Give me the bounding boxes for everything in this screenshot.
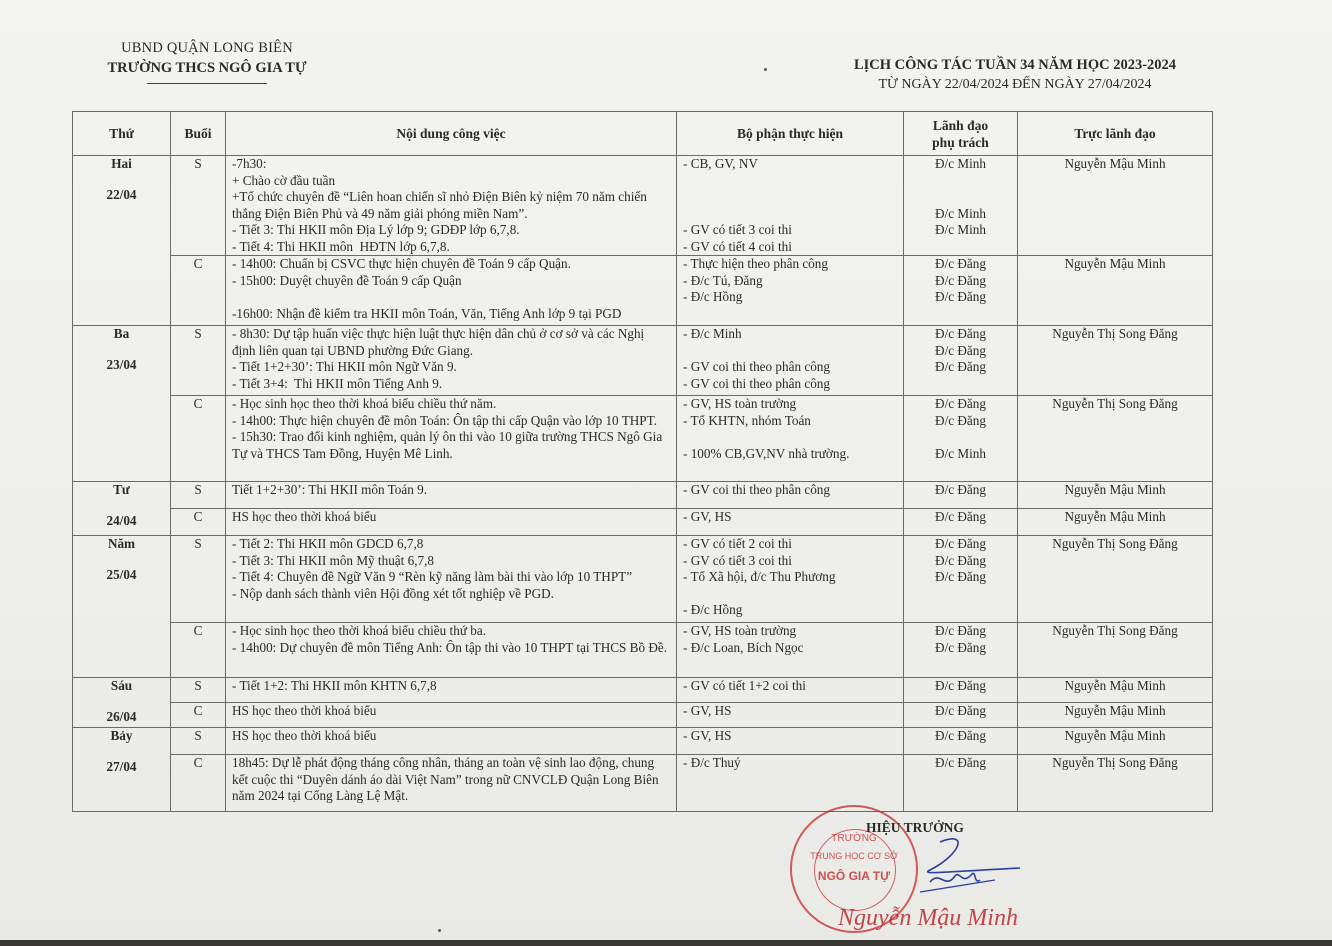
session-cell: C: [171, 755, 226, 812]
department-line: - Đ/c Tú, Đăng: [683, 273, 897, 290]
duty-leader-cell: Nguyễn Mậu Minh: [1018, 256, 1213, 326]
content-cell: 18h45: Dự lễ phát động tháng công nhân, …: [226, 755, 677, 812]
handwritten-signature-icon: [900, 830, 1030, 900]
department-line: - GV coi thi theo phân công: [683, 359, 897, 376]
day-cell: Tư24/04: [73, 482, 171, 536]
department-line: - Đ/c Hồng: [683, 602, 897, 619]
department-line: [683, 343, 897, 360]
day-name: Bảy: [79, 728, 164, 745]
content-line: - Học sinh học theo thời khoá biểu chiều…: [232, 396, 670, 413]
department-line: - CB, GV, NV: [683, 156, 897, 173]
table-row: Tư24/04STiết 1+2+30’: Thi HKII môn Toán …: [73, 482, 1213, 509]
document-page: UBND QUẬN LONG BIÊN TRƯỜNG THCS NGÔ GIA …: [0, 0, 1332, 946]
day-date: 26/04: [79, 709, 164, 726]
department-cell: - GV coi thi theo phân công: [677, 482, 904, 509]
content-line: - Tiết 3: Thi HKII môn Mỹ thuật 6,7,8: [232, 553, 670, 570]
lead-line: Đ/c Đăng: [910, 703, 1011, 720]
day-date: 22/04: [79, 187, 164, 204]
table-row: C- Học sinh học theo thời khoá biểu chiề…: [73, 623, 1213, 678]
department-line: - Đ/c Loan, Bích Ngọc: [683, 640, 897, 657]
table-header-row: Thứ Buổi Nội dung công việc Bộ phận thực…: [73, 112, 1213, 156]
content-line: - 15h00: Duyệt chuyên đề Toán 9 cấp Quận: [232, 273, 670, 290]
district-name: UBND QUẬN LONG BIÊN: [62, 40, 352, 57]
day-name: Năm: [79, 536, 164, 553]
table-row: Hai22/04S-7h30:+ Chào cờ đầu tuần+Tổ chứ…: [73, 156, 1213, 256]
lead-cell: Đ/c Đăng: [904, 509, 1018, 536]
lead-cell: Đ/c ĐăngĐ/c ĐăngĐ/c Minh: [904, 396, 1018, 482]
stamp-line-3: NGÔ GIA TỰ: [792, 869, 916, 883]
department-cell: - GV, HS: [677, 703, 904, 728]
table-row: Bảy27/04SHS học theo thời khoá biểu- GV,…: [73, 728, 1213, 755]
content-line: - 14h00: Dự chuyên đề môn Tiếng Anh: Ôn …: [232, 640, 670, 657]
content-line: - 14h00: Thực hiện chuyên đề môn Toán: Ô…: [232, 413, 670, 430]
department-cell: - GV có tiết 1+2 coi thi: [677, 678, 904, 703]
department-cell: - Đ/c Minh- GV coi thi theo phân công- G…: [677, 326, 904, 396]
table-row: C- 14h00: Chuẩn bị CSVC thực hiện chuyên…: [73, 256, 1213, 326]
content-cell: - Tiết 1+2: Thi HKII môn KHTN 6,7,8: [226, 678, 677, 703]
lead-cell: Đ/c ĐăngĐ/c ĐăngĐ/c Đăng: [904, 536, 1018, 623]
content-line: - Tiết 4: Chuyên đề Ngữ Văn 9 “Rèn kỹ nă…: [232, 569, 670, 586]
weekly-schedule-table: Thứ Buổi Nội dung công việc Bộ phận thực…: [72, 111, 1213, 812]
session-cell: C: [171, 256, 226, 326]
content-line: - Tiết 4: Thi HKII môn HĐTN lớp 6,7,8.: [232, 239, 670, 256]
content-line: Tiết 1+2+30’: Thi HKII môn Toán 9.: [232, 482, 670, 499]
session-cell: C: [171, 509, 226, 536]
content-cell: HS học theo thời khoá biểu: [226, 703, 677, 728]
department-cell: - GV, HS toàn trường- Tổ KHTN, nhóm Toán…: [677, 396, 904, 482]
content-cell: - Học sinh học theo thời khoá biểu chiều…: [226, 623, 677, 678]
department-line: - GV có tiết 4 coi thi: [683, 239, 897, 256]
col-header-session: Buổi: [171, 112, 226, 156]
department-line: - Tổ KHTN, nhóm Toán: [683, 413, 897, 430]
lead-cell: Đ/c Đăng: [904, 755, 1018, 812]
content-cell: HS học theo thời khoá biểu: [226, 509, 677, 536]
session-cell: C: [171, 623, 226, 678]
content-cell: - Tiết 2: Thi HKII môn GDCD 6,7,8- Tiết …: [226, 536, 677, 623]
day-name: Hai: [79, 156, 164, 173]
lead-line: Đ/c Đăng: [910, 343, 1011, 360]
lead-cell: Đ/c ĐăngĐ/c ĐăngĐ/c Đăng: [904, 326, 1018, 396]
lead-cell: Đ/c Đăng: [904, 482, 1018, 509]
content-cell: - Học sinh học theo thời khoá biểu chiều…: [226, 396, 677, 482]
department-cell: - GV có tiết 2 coi thi- GV có tiết 3 coi…: [677, 536, 904, 623]
lead-line: [910, 189, 1011, 206]
content-line: - Tiết 3: Thi HKII môn Địa Lý lớp 9; GDĐ…: [232, 222, 670, 239]
lead-line: Đ/c Đăng: [910, 509, 1011, 526]
lead-line: Đ/c Đăng: [910, 396, 1011, 413]
content-line: - Tiết 1+2: Thi HKII môn KHTN 6,7,8: [232, 678, 670, 695]
lead-line: Đ/c Đăng: [910, 289, 1011, 306]
day-cell: Sáu26/04: [73, 678, 171, 728]
lead-line: Đ/c Đăng: [910, 678, 1011, 695]
schedule-date-range: TỪ NGÀY 22/04/2024 ĐẾN NGÀY 27/04/2024: [820, 77, 1210, 93]
session-cell: S: [171, 326, 226, 396]
content-line: + Chào cờ đầu tuần: [232, 173, 670, 190]
day-cell: Bảy27/04: [73, 728, 171, 812]
department-line: - GV, HS: [683, 703, 897, 720]
department-cell: - CB, GV, NV- GV có tiết 3 coi thi- GV c…: [677, 156, 904, 256]
department-line: - GV, HS: [683, 509, 897, 526]
day-date: 23/04: [79, 357, 164, 374]
department-line: - Đ/c Minh: [683, 326, 897, 343]
scan-speck: [764, 68, 767, 71]
session-cell: S: [171, 482, 226, 509]
scan-speck: [438, 929, 441, 932]
content-line: - Tiết 3+4: Thi HKII môn Tiếng Anh 9.: [232, 376, 670, 393]
duty-leader-cell: Nguyễn Thị Song Đăng: [1018, 755, 1213, 812]
col-header-day: Thứ: [73, 112, 171, 156]
lead-cell: Đ/c ĐăngĐ/c Đăng: [904, 623, 1018, 678]
duty-leader-cell: Nguyễn Thị Song Đăng: [1018, 536, 1213, 623]
lead-line: Đ/c Đăng: [910, 755, 1011, 772]
day-name: Ba: [79, 326, 164, 343]
day-date: 27/04: [79, 759, 164, 776]
duty-leader-cell: Nguyễn Mậu Minh: [1018, 482, 1213, 509]
duty-leader-cell: Nguyễn Mậu Minh: [1018, 509, 1213, 536]
signer-name: Nguyễn Mậu Minh: [838, 905, 1018, 932]
department-line: [683, 429, 897, 446]
department-line: - GV có tiết 3 coi thi: [683, 222, 897, 239]
department-cell: - Thực hiện theo phân công- Đ/c Tú, Đăng…: [677, 256, 904, 326]
department-line: - GV có tiết 3 coi thi: [683, 553, 897, 570]
lead-line: Đ/c Đăng: [910, 413, 1011, 430]
schedule-title: LỊCH CÔNG TÁC TUẦN 34 NĂM HỌC 2023-2024: [820, 57, 1210, 74]
content-cell: -7h30:+ Chào cờ đầu tuần+Tổ chức chuyên …: [226, 156, 677, 256]
content-line: - 15h30: Trao đổi kinh nghiệm, quản lý ô…: [232, 429, 670, 462]
content-line: - 8h30: Dự tập huấn việc thực hiện luật …: [232, 326, 670, 359]
department-line: - Tổ Xã hội, đ/c Thu Phương: [683, 569, 897, 586]
content-line: - 14h00: Chuẩn bị CSVC thực hiện chuyên …: [232, 256, 670, 273]
content-line: - Học sinh học theo thời khoá biểu chiều…: [232, 623, 670, 640]
department-line: - Thực hiện theo phân công: [683, 256, 897, 273]
lead-cell: Đ/c Đăng: [904, 678, 1018, 703]
department-line: - GV có tiết 2 coi thi: [683, 536, 897, 553]
lead-line: Đ/c Đăng: [910, 623, 1011, 640]
duty-leader-cell: Nguyễn Mậu Minh: [1018, 678, 1213, 703]
department-line: - GV coi thi theo phân công: [683, 482, 897, 499]
table-row: C- Học sinh học theo thời khoá biểu chiề…: [73, 396, 1213, 482]
content-line: +Tổ chức chuyên đề “Liên hoan chiến sĩ n…: [232, 189, 670, 222]
session-cell: S: [171, 728, 226, 755]
table-row: Năm25/04S- Tiết 2: Thi HKII môn GDCD 6,7…: [73, 536, 1213, 623]
day-cell: Hai22/04: [73, 156, 171, 326]
department-cell: - GV, HS: [677, 728, 904, 755]
day-cell: Năm25/04: [73, 536, 171, 678]
department-line: [683, 586, 897, 603]
header-underline: [147, 83, 267, 84]
lead-line: [910, 173, 1011, 190]
department-cell: - GV, HS: [677, 509, 904, 536]
session-cell: S: [171, 536, 226, 623]
lead-line: Đ/c Đăng: [910, 359, 1011, 376]
content-line: 18h45: Dự lễ phát động tháng công nhân, …: [232, 755, 670, 805]
content-line: -16h00: Nhận đề kiểm tra HKII môn Toán, …: [232, 306, 670, 323]
session-cell: C: [171, 703, 226, 728]
schedule-title-block: LỊCH CÔNG TÁC TUẦN 34 NĂM HỌC 2023-2024 …: [820, 57, 1210, 93]
day-date: 24/04: [79, 513, 164, 530]
col-header-duty-leader: Trực lãnh đạo: [1018, 112, 1213, 156]
lead-line: Đ/c Đăng: [910, 569, 1011, 586]
department-cell: - Đ/c Thuý: [677, 755, 904, 812]
table-row: Sáu26/04S- Tiết 1+2: Thi HKII môn KHTN 6…: [73, 678, 1213, 703]
issuer-header: UBND QUẬN LONG BIÊN TRƯỜNG THCS NGÔ GIA …: [62, 40, 352, 84]
col-header-content: Nội dung công việc: [226, 112, 677, 156]
content-line: [232, 289, 670, 306]
department-cell: - GV, HS toàn trường- Đ/c Loan, Bích Ngọ…: [677, 623, 904, 678]
department-line: [683, 189, 897, 206]
lead-line: Đ/c Minh: [910, 156, 1011, 173]
lead-line: Đ/c Đăng: [910, 326, 1011, 343]
lead-line: Đ/c Đăng: [910, 273, 1011, 290]
session-cell: S: [171, 678, 226, 703]
department-line: - 100% CB,GV,NV nhà trường.: [683, 446, 897, 463]
content-cell: - 14h00: Chuẩn bị CSVC thực hiện chuyên …: [226, 256, 677, 326]
content-cell: Tiết 1+2+30’: Thi HKII môn Toán 9.: [226, 482, 677, 509]
day-name: Sáu: [79, 678, 164, 695]
lead-line: [910, 429, 1011, 446]
content-line: HS học theo thời khoá biểu: [232, 703, 670, 720]
lead-cell: Đ/c Đăng: [904, 728, 1018, 755]
lead-line: Đ/c Đăng: [910, 256, 1011, 273]
lead-cell: Đ/c MinhĐ/c MinhĐ/c Minh: [904, 156, 1018, 256]
duty-leader-cell: Nguyễn Mậu Minh: [1018, 728, 1213, 755]
day-name: Tư: [79, 482, 164, 499]
content-line: HS học theo thời khoá biểu: [232, 509, 670, 526]
duty-leader-cell: Nguyễn Mậu Minh: [1018, 703, 1213, 728]
day-cell: Ba23/04: [73, 326, 171, 482]
lead-cell: Đ/c ĐăngĐ/c ĐăngĐ/c Đăng: [904, 256, 1018, 326]
col-header-department: Bộ phận thực hiện: [677, 112, 904, 156]
duty-leader-cell: Nguyễn Thị Song Đăng: [1018, 623, 1213, 678]
content-line: - Nộp danh sách thành viên Hội đồng xét …: [232, 586, 670, 603]
lead-line: Đ/c Minh: [910, 222, 1011, 239]
lead-line: Đ/c Minh: [910, 446, 1011, 463]
lead-line: Đ/c Minh: [910, 206, 1011, 223]
school-name: TRƯỜNG THCS NGÔ GIA TỰ: [62, 60, 352, 77]
col-header-lead: Lãnh đạo phụ trách: [904, 112, 1018, 156]
department-line: [683, 173, 897, 190]
lead-line: Đ/c Đăng: [910, 728, 1011, 745]
table-row: Ba23/04S- 8h30: Dự tập huấn việc thực hi…: [73, 326, 1213, 396]
content-line: HS học theo thời khoá biểu: [232, 728, 670, 745]
department-line: - GV có tiết 1+2 coi thi: [683, 678, 897, 695]
content-cell: - 8h30: Dự tập huấn việc thực hiện luật …: [226, 326, 677, 396]
department-line: - GV, HS toàn trường: [683, 623, 897, 640]
department-line: [683, 206, 897, 223]
lead-cell: Đ/c Đăng: [904, 703, 1018, 728]
table-row: C18h45: Dự lễ phát động tháng công nhân,…: [73, 755, 1213, 812]
content-line: - Tiết 1+2+30’: Thi HKII môn Ngữ Văn 9.: [232, 359, 670, 376]
lead-line: Đ/c Đăng: [910, 482, 1011, 499]
content-line: - Tiết 2: Thi HKII môn GDCD 6,7,8: [232, 536, 670, 553]
table-row: CHS học theo thời khoá biểu- GV, HSĐ/c Đ…: [73, 703, 1213, 728]
department-line: - GV, HS: [683, 728, 897, 745]
duty-leader-cell: Nguyễn Thị Song Đăng: [1018, 396, 1213, 482]
department-line: - GV, HS toàn trường: [683, 396, 897, 413]
duty-leader-cell: Nguyễn Mậu Minh: [1018, 156, 1213, 256]
duty-leader-cell: Nguyễn Thị Song Đăng: [1018, 326, 1213, 396]
lead-line: Đ/c Đăng: [910, 536, 1011, 553]
session-cell: S: [171, 156, 226, 256]
department-line: - GV coi thi theo phân công: [683, 376, 897, 393]
stamp-line-2: TRUNG HỌC CƠ SỞ: [792, 851, 916, 861]
table-row: CHS học theo thời khoá biểu- GV, HSĐ/c Đ…: [73, 509, 1213, 536]
session-cell: C: [171, 396, 226, 482]
lead-line: Đ/c Đăng: [910, 640, 1011, 657]
lead-line: Đ/c Đăng: [910, 553, 1011, 570]
department-line: - Đ/c Hồng: [683, 289, 897, 306]
department-line: - Đ/c Thuý: [683, 755, 897, 772]
content-cell: HS học theo thời khoá biểu: [226, 728, 677, 755]
day-date: 25/04: [79, 567, 164, 584]
content-line: -7h30:: [232, 156, 670, 173]
